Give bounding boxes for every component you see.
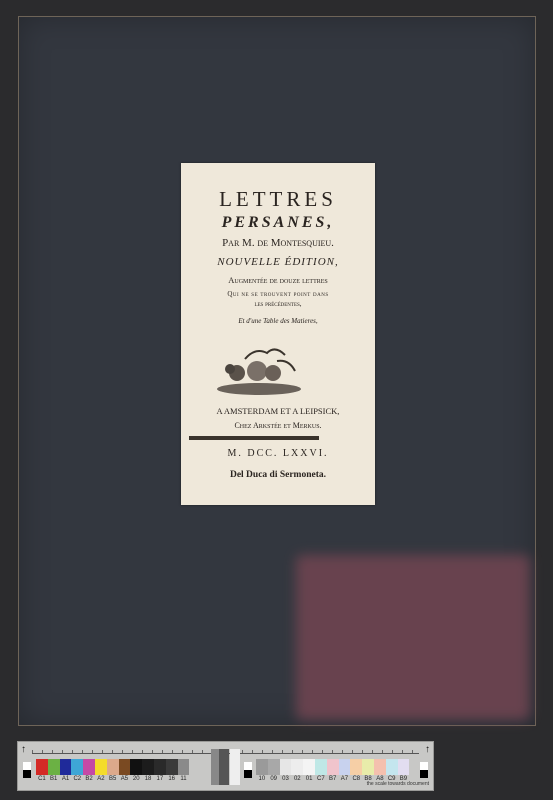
augmented-line: Augmentée de douze lettres bbox=[181, 275, 375, 285]
patch-label: A2 bbox=[95, 776, 107, 782]
title-page: LETTRES PERSANES, Par M. de Montesquieu.… bbox=[181, 163, 375, 505]
line-b: les précédentes, bbox=[181, 300, 375, 308]
patch-label: C2 bbox=[71, 776, 83, 782]
color-patch-B8: B8 bbox=[362, 759, 374, 775]
patch-label: B2 bbox=[83, 776, 95, 782]
color-patch-16: 16 bbox=[166, 759, 178, 775]
patch-label: A7 bbox=[339, 776, 351, 782]
color-patch-01: 01 bbox=[303, 759, 315, 775]
patch-label: 03 bbox=[280, 776, 292, 782]
ownership-stamp: Del Duca di Sermoneta. bbox=[181, 470, 375, 480]
patch-label: 20 bbox=[130, 776, 142, 782]
patch-label: C1 bbox=[36, 776, 48, 782]
color-patch-A8: A8 bbox=[374, 759, 386, 775]
color-patch-11: 11 bbox=[178, 759, 190, 775]
color-patch-C1: C1 bbox=[36, 759, 48, 775]
title: LETTRES bbox=[181, 187, 375, 212]
color-patch-B5: B5 bbox=[107, 759, 119, 775]
patch-label: 01 bbox=[303, 776, 315, 782]
color-patch-A2: A2 bbox=[95, 759, 107, 775]
line-a: Qui ne se trouvent point dans bbox=[181, 290, 375, 298]
black-swatch bbox=[23, 770, 31, 778]
year: M. DCC. LXXVI. bbox=[181, 448, 375, 459]
white-swatch bbox=[23, 762, 31, 770]
patch-label: 17 bbox=[154, 776, 166, 782]
color-patch-17: 17 bbox=[154, 759, 166, 775]
white-swatch bbox=[244, 762, 252, 770]
patch-label: B7 bbox=[327, 776, 339, 782]
color-patch-10: 10 bbox=[256, 759, 268, 775]
color-patches-right: 1009030201C7B7A7C8B8A8C9B9 bbox=[256, 759, 409, 775]
black-swatch bbox=[244, 770, 252, 778]
color-patch-09: 09 bbox=[268, 759, 280, 775]
author: Par M. de Montesquieu. bbox=[181, 237, 375, 249]
divider-rule bbox=[189, 436, 319, 440]
patch-label: B1 bbox=[48, 776, 60, 782]
white-swatch bbox=[420, 762, 428, 770]
patch-label: 09 bbox=[268, 776, 280, 782]
color-patch-20: 20 bbox=[130, 759, 142, 775]
discoloration-stain bbox=[296, 555, 530, 720]
grey-wedge bbox=[211, 749, 229, 785]
color-patch-C8: C8 bbox=[350, 759, 362, 775]
color-calibration-target: ↑ ↑ C1B1A1C2B2A2B5A52018171611 100903020… bbox=[17, 741, 434, 791]
table-line: Et d'une Table des Matieres, bbox=[181, 317, 375, 325]
color-patches-left: C1B1A1C2B2A2B5A52018171611 bbox=[36, 759, 189, 775]
edition: NOUVELLE ÉDITION, bbox=[181, 256, 375, 268]
patch-label: A1 bbox=[60, 776, 72, 782]
patch-label: C7 bbox=[315, 776, 327, 782]
patch-label: 10 bbox=[256, 776, 268, 782]
place: A AMSTERDAM ET A LEIPSICK, bbox=[181, 406, 375, 416]
color-patch-C2: C2 bbox=[71, 759, 83, 775]
patch-label: 02 bbox=[291, 776, 303, 782]
patch-label: 16 bbox=[166, 776, 178, 782]
up-arrow-icon: ↑ bbox=[21, 744, 26, 755]
color-patch-B9: B9 bbox=[398, 759, 410, 775]
color-patch-A1: A1 bbox=[60, 759, 72, 775]
color-patch-03: 03 bbox=[280, 759, 292, 775]
color-patch-18: 18 bbox=[142, 759, 154, 775]
scale-caption: the scale towards document bbox=[367, 781, 429, 787]
color-patch-B2: B2 bbox=[83, 759, 95, 775]
color-patch-C7: C7 bbox=[315, 759, 327, 775]
patch-label: A5 bbox=[119, 776, 131, 782]
up-arrow-icon: ↑ bbox=[425, 744, 430, 755]
patch-label: 11 bbox=[178, 776, 190, 782]
patch-label: C8 bbox=[350, 776, 362, 782]
patch-label: 18 bbox=[142, 776, 154, 782]
label-block bbox=[230, 749, 240, 785]
black-swatch bbox=[420, 770, 428, 778]
color-patch-B1: B1 bbox=[48, 759, 60, 775]
color-patch-B7: B7 bbox=[327, 759, 339, 775]
color-patch-A5: A5 bbox=[119, 759, 131, 775]
patch-label: B5 bbox=[107, 776, 119, 782]
fruit-basket-woodcut-icon bbox=[215, 341, 303, 397]
color-patch-02: 02 bbox=[291, 759, 303, 775]
color-patch-C9: C9 bbox=[386, 759, 398, 775]
subtitle: PERSANES, bbox=[181, 214, 375, 232]
color-patch-A7: A7 bbox=[339, 759, 351, 775]
publisher: Chez Arkstée et Merkus. bbox=[181, 421, 375, 430]
